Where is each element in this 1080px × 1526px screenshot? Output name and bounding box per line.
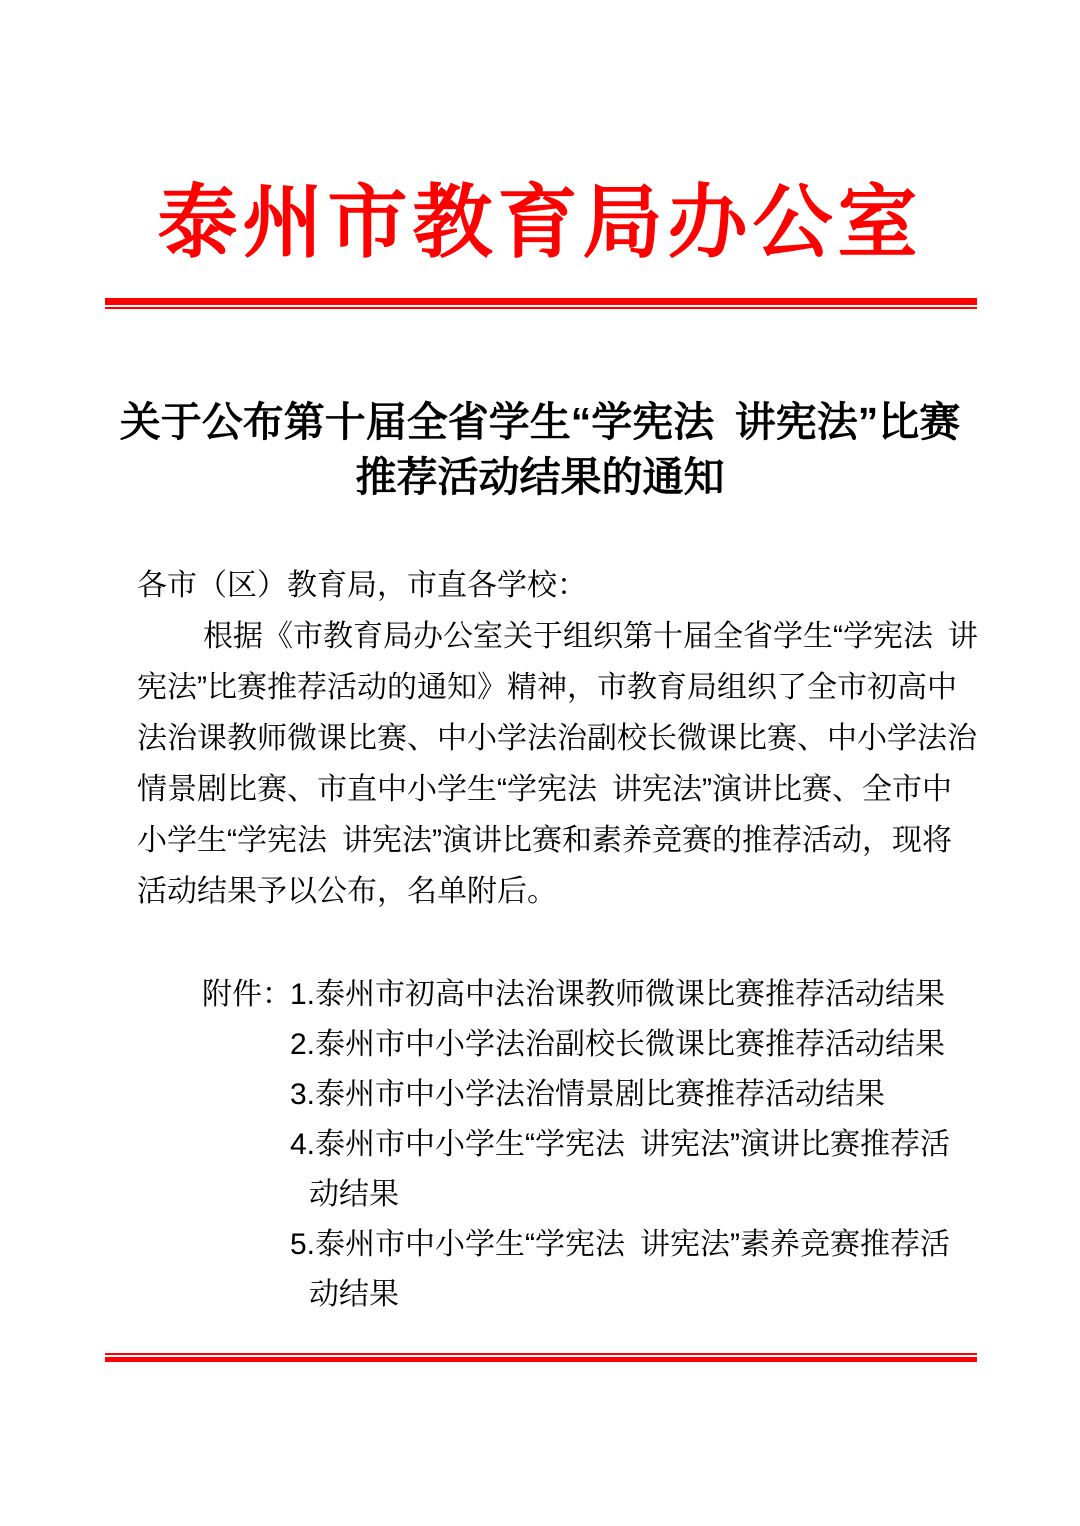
rule-thin-bar (105, 307, 977, 309)
attachments-list: 1.泰州市初高中法治课教师微课比赛推荐活动结果 2.泰州市中小学法治副校长微课比… (290, 970, 950, 1320)
salutation-line: 各市（区）教育局，市直各学校： (137, 560, 977, 611)
body-paragraph-line: 法治课教师微课比赛、中小学法治副校长微课比赛、中小学法治 (137, 713, 977, 764)
document-title-line-1: 关于公布第十届全省学生“学宪法 讲宪法”比赛 (0, 395, 1080, 450)
attachment-item-3: 3.泰州市中小学法治情景剧比赛推荐活动结果 (290, 1070, 950, 1120)
attachments-section: 附件： 1.泰州市初高中法治课教师微课比赛推荐活动结果 2.泰州市中小学法治副校… (202, 970, 950, 1320)
document-title: 关于公布第十届全省学生“学宪法 讲宪法”比赛 推荐活动结果的通知 (0, 395, 1080, 505)
rule-thick-bar (105, 1357, 977, 1362)
body-paragraph-line: 宪法”比赛推荐活动的通知》精神，市教育局组织了全市初高中 (137, 662, 977, 713)
document-title-line-2: 推荐活动结果的通知 (0, 450, 1080, 505)
body-paragraph-line: 情景剧比赛、市直中小学生“学宪法 讲宪法”演讲比赛、全市中 (137, 764, 977, 815)
attachment-item-5-continued: 动结果 (290, 1270, 950, 1320)
body-paragraph-line: 小学生“学宪法 讲宪法”演讲比赛和素养竞赛的推荐活动，现将 (137, 815, 977, 866)
document-page: 泰州市教育局办公室 关于公布第十届全省学生“学宪法 讲宪法”比赛 推荐活动结果的… (0, 0, 1080, 1526)
body-paragraph-line: 根据《市教育局办公室关于组织第十届全省学生“学宪法 讲 (137, 611, 977, 662)
attachment-item-4: 4.泰州市中小学生“学宪法 讲宪法”演讲比赛推荐活 (290, 1120, 950, 1170)
letterhead-org-name: 泰州市教育局办公室 (0, 178, 1080, 268)
letterhead-separator-rule (105, 298, 977, 309)
body-paragraph-line: 活动结果予以公布，名单附后。 (137, 866, 977, 917)
attachments-label: 附件： (202, 970, 290, 1020)
attachment-item-4-continued: 动结果 (290, 1170, 950, 1220)
document-body: 各市（区）教育局，市直各学校： 根据《市教育局办公室关于组织第十届全省学生“学宪… (137, 560, 977, 917)
footer-separator-rule (105, 1353, 977, 1362)
attachment-item-5: 5.泰州市中小学生“学宪法 讲宪法”素养竞赛推荐活 (290, 1220, 950, 1270)
attachment-item-1: 1.泰州市初高中法治课教师微课比赛推荐活动结果 (290, 970, 950, 1020)
attachment-item-2: 2.泰州市中小学法治副校长微课比赛推荐活动结果 (290, 1020, 950, 1070)
rule-thick-bar (105, 298, 977, 305)
